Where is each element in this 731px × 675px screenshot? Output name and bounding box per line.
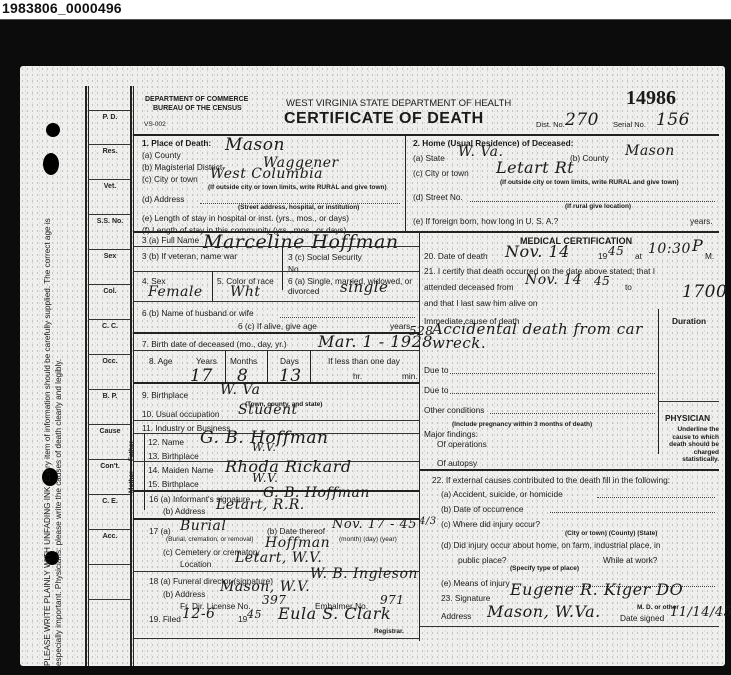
divider	[130, 86, 132, 666]
serial-no-value: 156	[656, 110, 690, 130]
divider	[134, 134, 719, 136]
bureau-census: BUREAU OF THE CENSUS	[153, 105, 242, 112]
death-certificate: PLEASE WRITE PLAINLY WITH UNFADING INK. …	[20, 66, 725, 666]
father-birthplace-label: 13. Birthplace	[148, 451, 199, 461]
physician-signature-label: 23. Signature	[441, 593, 490, 603]
informant-address-value: Letart, R.R.	[216, 497, 305, 513]
divider	[88, 214, 130, 215]
divider	[144, 433, 145, 510]
form-number: VS-002	[144, 121, 166, 128]
serial-no-label: Serial No.	[613, 120, 646, 129]
sex-value: Female	[148, 284, 203, 300]
location-label: Location	[180, 559, 211, 569]
divider	[88, 424, 130, 425]
certificate-title: CERTIFICATE OF DEATH	[284, 110, 484, 128]
home-farm-label: (d) Did injury occur about home, on farm…	[441, 540, 661, 550]
divider	[225, 350, 226, 382]
death-ampm: P	[692, 236, 703, 255]
filed-year-prefix: 19	[238, 614, 247, 624]
occurrence-label: (b) Date of occurrence	[441, 504, 524, 514]
divider	[420, 626, 719, 627]
divider	[134, 350, 419, 351]
public-place-label: public place?	[458, 555, 506, 565]
home-city-label: (c) City or town	[413, 168, 469, 178]
side-code: P. D.	[90, 114, 130, 121]
home-city-value: Letart Rt	[496, 158, 574, 177]
divider	[88, 319, 130, 320]
divider	[134, 382, 419, 384]
fill-line	[550, 512, 715, 513]
mother-name-label: 14. Maiden Name	[148, 465, 214, 475]
date-signed-label: Date signed	[620, 613, 664, 623]
home-city-note: (If outside city or town limits, write R…	[500, 179, 679, 186]
public-place-note: (Specify type of place)	[510, 565, 579, 572]
informant-address-label: (b) Address	[163, 506, 205, 516]
m-label: M.	[705, 251, 714, 261]
divider	[88, 529, 130, 530]
divider	[282, 246, 283, 290]
cause-code: 528	[409, 324, 433, 338]
dist-no-label: Dist. No.	[536, 120, 565, 129]
divider	[88, 284, 130, 285]
file-id: 1983806_0000496	[2, 0, 122, 16]
fill-line	[450, 393, 655, 394]
burial-date-note: (month) (day) (year)	[339, 536, 397, 543]
side-code: Cause	[90, 428, 130, 435]
divider	[134, 638, 419, 639]
home-street-label: (d) Street No.	[413, 192, 463, 202]
divider	[88, 144, 130, 145]
occupation-value: Student	[238, 402, 298, 418]
disposal-label: 17 (a)	[149, 526, 171, 536]
divider	[88, 86, 89, 666]
divider	[310, 350, 311, 382]
filed-label: 19. Filed	[149, 614, 181, 624]
birth-date-label: 7. Birth date of deceased (mo., day, yr.…	[142, 339, 287, 349]
side-code: Res.	[90, 148, 130, 155]
at-label: at	[635, 251, 642, 261]
filed-year: 45	[247, 608, 262, 621]
disposal-value: Burial	[180, 518, 226, 534]
mother-birthplace-value: W.V.	[252, 471, 278, 485]
death-year: 45	[608, 244, 624, 258]
punch-hole	[43, 153, 59, 175]
address-label: (d) Address	[142, 194, 184, 204]
city-label: (c) City or town	[142, 174, 198, 184]
divider	[212, 271, 213, 301]
physician-address: Mason, W.Va.	[487, 602, 601, 621]
physician-address-label: Address	[441, 611, 471, 621]
months-label: Months	[230, 356, 257, 366]
where-label: (c) Where did injury occur?	[441, 519, 540, 529]
age-label: 8. Age	[149, 356, 173, 366]
days-label: Days	[280, 356, 299, 366]
pregnancy-note: (Include pregnancy within 3 months of de…	[452, 421, 592, 428]
full-name-value: Marceline Hoffman	[203, 231, 399, 253]
divider	[88, 564, 130, 565]
county-value: Mason	[225, 135, 285, 155]
place-of-death-heading: 1. Place of Death:	[142, 138, 211, 148]
divider	[134, 246, 419, 247]
location-value: Letart, W.V.	[235, 550, 322, 566]
side-code: Vet.	[90, 183, 130, 190]
occupation-label: 10. Usual occupation	[142, 409, 220, 419]
registrar-signature: Eula S. Clark	[278, 604, 391, 623]
father-name-label: 12. Name	[148, 437, 184, 447]
divider	[267, 350, 268, 382]
autopsy-label: Of autopsy	[437, 458, 477, 468]
fill-line	[597, 497, 715, 498]
other-conditions-label: Other conditions	[424, 405, 484, 415]
divider	[88, 494, 130, 495]
immediate-cause-value: Accidental death from car wreck.	[432, 322, 662, 350]
means-label: (e) Means of injury	[441, 578, 510, 588]
margin-instructions: PLEASE WRITE PLAINLY WITH UNFADING INK. …	[42, 218, 64, 666]
physician-heading: PHYSICIAN	[665, 413, 710, 423]
foreign-born-unit: years.	[690, 216, 713, 226]
death-date-value: Nov. 14	[505, 242, 570, 261]
divider	[658, 401, 719, 402]
disposal-note: (Burial, cremation, or removal)	[166, 536, 253, 543]
divider	[85, 86, 87, 666]
birthplace-label: 9. Birthplace	[142, 390, 188, 400]
work-label: While at work?	[603, 555, 657, 565]
divider	[88, 459, 130, 460]
side-code: Con't.	[90, 463, 130, 470]
date-signed-value: 11/14/45	[670, 605, 731, 620]
attended-from: Nov. 14	[525, 272, 582, 288]
fill-line	[450, 373, 655, 374]
last-seen-label: and that I last saw him alive on	[424, 298, 537, 308]
certificate-number: 14986	[626, 87, 676, 110]
divider	[88, 389, 130, 390]
fill-line	[280, 317, 415, 318]
side-code: Occ.	[90, 358, 130, 365]
filed-date: 12-6	[182, 606, 215, 622]
death-date-label: 20. Date of death	[424, 251, 488, 261]
side-code: C. E.	[90, 498, 130, 505]
full-name-label: 3 (a) Full Name	[142, 235, 199, 245]
mother-birthplace-label: 15. Birthplace	[148, 479, 199, 489]
spouse-age-label: 6 (c) If alive, give age	[238, 321, 317, 331]
fill-line	[490, 413, 655, 414]
city-value: West Columbia	[210, 166, 323, 182]
dept-commerce: DEPARTMENT OF COMMERCE	[145, 96, 248, 103]
mother-name-value: Rhoda Rickard	[225, 457, 352, 476]
min-label: min.	[402, 371, 418, 381]
divider	[88, 354, 130, 355]
cemetery-value: Hoffman	[265, 535, 330, 551]
father-birthplace-value: W.V.	[252, 441, 276, 454]
death-year-prefix: 19	[598, 251, 607, 261]
divider	[419, 231, 420, 641]
punch-hole	[46, 123, 60, 137]
operations-label: Of operations	[437, 439, 487, 449]
physician-note: Underline the cause to which death shoul…	[661, 426, 719, 464]
state-department: WEST VIRGINIA STATE DEPARTMENT OF HEALTH	[286, 98, 511, 109]
side-code: Sex	[90, 253, 130, 260]
dist-no-value: 270	[565, 110, 599, 130]
home-county-label: (b) County	[570, 153, 609, 163]
due-to-2: Due to	[424, 385, 448, 395]
home-state-label: (a) State	[413, 153, 445, 163]
spouse-age-unit: years	[390, 321, 410, 331]
divider	[88, 179, 130, 180]
less-than-day-label: If less than one day	[328, 356, 400, 366]
hr-label: hr.	[353, 371, 362, 381]
divider	[134, 420, 419, 421]
side-code: Col.	[90, 288, 130, 295]
divider	[420, 469, 719, 471]
years-label: Years	[196, 356, 217, 366]
attended-year: 45	[594, 274, 610, 288]
veteran-label: 3 (b) If veteran, name war	[142, 251, 237, 261]
foreign-born-label: (e) If foreign born, how long in U. S. A…	[413, 216, 558, 226]
divider	[88, 110, 130, 111]
home-street-note: (If rural give location)	[565, 203, 631, 210]
marital-value: single	[340, 278, 388, 296]
side-code: S.S. No.	[90, 218, 130, 225]
duration-label: Duration	[672, 316, 706, 326]
side-code: C. C.	[90, 323, 130, 330]
major-findings-label: Major findings:	[424, 429, 478, 439]
divider	[88, 249, 130, 250]
due-to-1: Due to	[424, 365, 448, 375]
divider	[133, 86, 134, 666]
father-tag: Father	[128, 441, 135, 461]
director-address-label: (b) Address	[163, 589, 205, 599]
external-heading: 22. If external causes contributed to th…	[432, 475, 670, 485]
birthplace-value: W. Va	[220, 382, 261, 398]
where-note: (City or town) (County) (State)	[565, 530, 657, 537]
side-code: Acc.	[90, 533, 130, 540]
external-margin-code: 4/3	[419, 516, 437, 527]
spouse-label: 6 (b) Name of husband or wife	[142, 308, 254, 318]
divider	[134, 301, 419, 302]
attended-label: attended deceased from	[424, 282, 513, 292]
death-time: 10:30	[648, 241, 691, 257]
side-code: B. P.	[90, 393, 130, 400]
address-note: (Street address, hospital, or institutio…	[238, 204, 359, 211]
to-label: to	[625, 282, 632, 292]
burial-date-value: Nov. 17 - 45	[332, 517, 417, 532]
fill-line	[470, 201, 715, 202]
divider	[405, 136, 406, 231]
funeral-director-value: W. B. Ingleson	[310, 566, 418, 582]
physician-signature: Eugene R. Kiger DO	[510, 580, 683, 599]
city-note: (If outside city or town limits, write R…	[208, 184, 387, 191]
accident-label: (a) Accident, suicide, or homicide	[441, 489, 563, 499]
county-label: (a) County	[142, 150, 181, 160]
race-value: Wht	[230, 284, 261, 300]
divider	[134, 271, 419, 272]
home-county-value: Mason	[625, 143, 675, 159]
stay-hospital-label: (e) Length of stay in hospital or inst. …	[142, 213, 349, 223]
registrar-label: Registrar.	[374, 628, 404, 635]
margin-code-medical: 1700	[682, 282, 727, 302]
divider	[88, 599, 130, 600]
